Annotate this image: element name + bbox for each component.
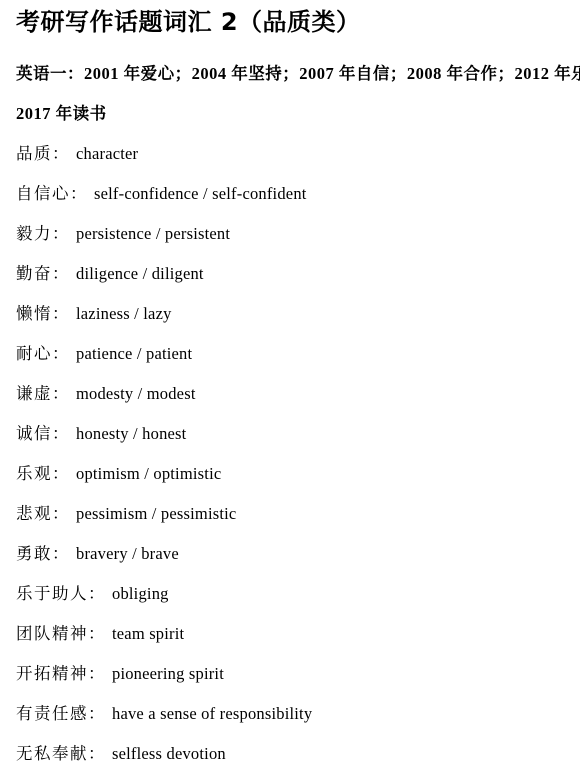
vocab-item-laziness: 懒惰：laziness / lazy <box>16 294 562 334</box>
vocab-item-pioneering-spirit: 开拓精神：pioneering spirit <box>16 654 562 694</box>
vocab-item-patience: 耐心：patience / patient <box>16 334 562 374</box>
vocab-item-responsibility: 有责任感：have a sense of responsibility <box>16 694 562 734</box>
vocab-term-en: pioneering spirit <box>112 664 224 683</box>
vocab-item-selfless-devotion: 无私奉献：selfless devotion <box>16 734 562 774</box>
vocab-term-en: honesty / honest <box>76 424 186 443</box>
vocab-item-self-confidence: 自信心：self-confidence / self-confident <box>16 174 562 214</box>
vocab-item-optimism: 乐观：optimism / optimistic <box>16 454 562 494</box>
intro-paragraph: 英语一：2001 年爱心；2004 年坚持；2007 年自信；2008 年合作；… <box>16 54 562 134</box>
vocab-term-en: optimism / optimistic <box>76 464 221 483</box>
page-title: 考研写作话题词汇 2（品质类） <box>16 8 562 36</box>
vocab-term-cn: 有责任感： <box>16 704 106 723</box>
vocab-term-en: obliging <box>112 584 169 603</box>
vocab-term-cn: 勇敢： <box>16 544 70 563</box>
vocab-term-cn: 悲观： <box>16 504 70 523</box>
vocab-term-cn: 懒惰： <box>16 304 70 323</box>
vocab-item-bravery: 勇敢：bravery / brave <box>16 534 562 574</box>
vocab-term-en: character <box>76 144 138 163</box>
vocab-term-en: patience / patient <box>76 344 192 363</box>
vocab-term-cn: 勤奋： <box>16 264 70 283</box>
vocab-item-team-spirit: 团队精神：team spirit <box>16 614 562 654</box>
vocab-item-obliging: 乐于助人：obliging <box>16 574 562 614</box>
vocab-term-en: bravery / brave <box>76 544 179 563</box>
vocab-term-en: laziness / lazy <box>76 304 172 323</box>
vocab-item-pessimism: 悲观：pessimism / pessimistic <box>16 494 562 534</box>
document-page: 考研写作话题词汇 2（品质类） 英语一：2001 年爱心；2004 年坚持；20… <box>0 0 580 778</box>
vocab-item-character: 品质：character <box>16 134 562 174</box>
vocab-item-persistence: 毅力：persistence / persistent <box>16 214 562 254</box>
vocab-term-en: pessimism / pessimistic <box>76 504 236 523</box>
vocab-term-cn: 自信心： <box>16 184 88 203</box>
vocab-term-en: self-confidence / self-confident <box>94 184 307 203</box>
intro-line-2: 2017 年读书 <box>16 94 562 134</box>
vocab-term-cn: 毅力： <box>16 224 70 243</box>
vocab-term-cn: 品质： <box>16 144 70 163</box>
vocab-term-cn: 团队精神： <box>16 624 106 643</box>
vocab-term-cn: 无私奉献： <box>16 744 106 763</box>
vocab-term-cn: 乐于助人： <box>16 584 106 603</box>
vocab-term-en: persistence / persistent <box>76 224 230 243</box>
vocab-item-diligence: 勤奋：diligence / diligent <box>16 254 562 294</box>
vocab-term-en: modesty / modest <box>76 384 196 403</box>
vocab-term-cn: 开拓精神： <box>16 664 106 683</box>
intro-line-1: 英语一：2001 年爱心；2004 年坚持；2007 年自信；2008 年合作；… <box>16 54 562 94</box>
vocab-term-en: have a sense of responsibility <box>112 704 312 723</box>
vocab-item-honesty: 诚信：honesty / honest <box>16 414 562 454</box>
vocab-term-cn: 谦虚： <box>16 384 70 403</box>
vocab-term-en: diligence / diligent <box>76 264 204 283</box>
vocab-term-cn: 诚信： <box>16 424 70 443</box>
vocab-item-modesty: 谦虚：modesty / modest <box>16 374 562 414</box>
vocab-list: 品质：character 自信心：self-confidence / self-… <box>16 134 562 774</box>
vocab-term-en: selfless devotion <box>112 744 226 763</box>
vocab-term-cn: 乐观： <box>16 464 70 483</box>
vocab-term-cn: 耐心： <box>16 344 70 363</box>
vocab-term-en: team spirit <box>112 624 184 643</box>
